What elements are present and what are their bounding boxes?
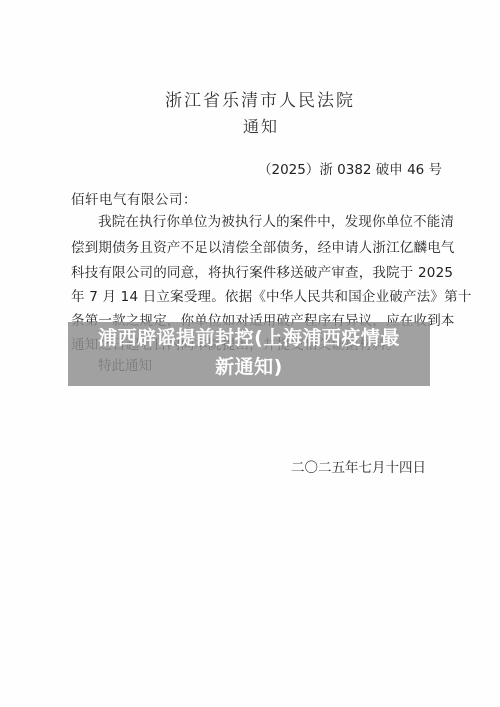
document-type-heading: 通知 <box>0 114 500 137</box>
headline-line-1: 浦西辟谣提前封控(上海浦西疫情最 <box>68 324 430 353</box>
headline-line-2: 新通知) <box>68 353 430 382</box>
body-line: 我院在执行你单位为被执行人的案件中，发现你单位不能清 <box>98 210 454 230</box>
addressee: 佰轩电气有限公司： <box>71 188 197 208</box>
body-line: 年 7 月 14 日立案受理。依据《中华人民共和国企业破产法》第十 <box>71 285 472 305</box>
case-number: （2025）浙 0382 破申 46 号 <box>258 158 442 178</box>
signature-date: 二〇二五年七月十四日 <box>291 456 426 476</box>
court-name-heading: 浙江省乐清市人民法院 <box>0 86 500 111</box>
body-line: 科技有限公司的同意，将执行案件移送破产审查，我院于 2025 <box>71 261 453 281</box>
headline-overlay-text: 浦西辟谣提前封控(上海浦西疫情最 新通知) <box>68 324 430 382</box>
body-line: 偿到期债务且资产不足以清偿全部债务，经申请人浙江亿麟电气 <box>71 236 455 256</box>
